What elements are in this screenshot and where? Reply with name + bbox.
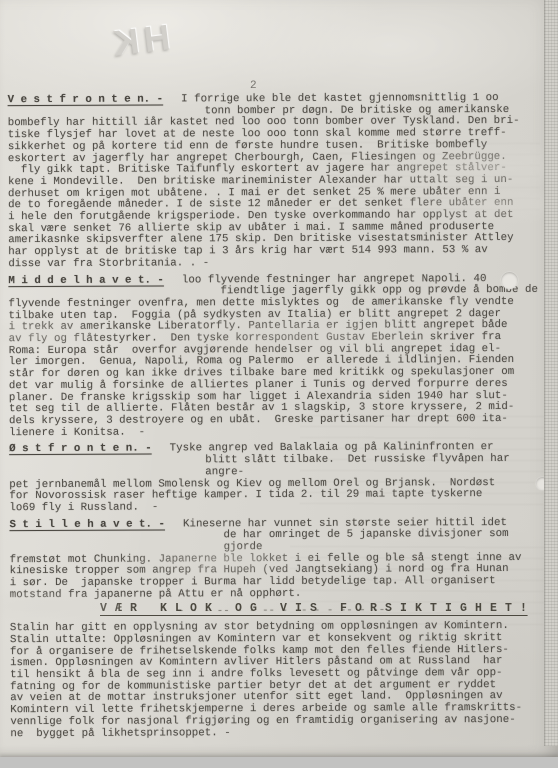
text-line: vennlige folk for nasjonal frigjøring og… xyxy=(10,715,541,729)
text-line: dels kryssere, 3 destroyere og en ubåt. … xyxy=(9,414,540,428)
footer-slogan: V Æ R K L O K O G V I S F O R S I K T I … xyxy=(100,602,528,615)
section-ostfronten: Ø s t f r o n t e n. -Tyske angrep ved B… xyxy=(9,442,540,515)
text-line: lienere i Konitsa. - xyxy=(9,426,540,440)
section-second-line: de har omringet de 5 japanske divisjoner… xyxy=(223,529,540,554)
section-vestfronten: V e s t f r o n t e n. -I forrige uke bl… xyxy=(8,93,540,271)
page-edge-texture xyxy=(544,0,558,746)
section-heading: V e s t f r o n t e n. - xyxy=(8,93,164,106)
text-line: disse var fra Storbritania. . - xyxy=(8,257,539,271)
section-heading: M i d d e l h a v e t. - xyxy=(8,274,164,287)
section-stillehavet: S t i l l e h a v e t. -Kineserne har vu… xyxy=(9,517,540,601)
paper-sheet: HK 2 V e s t f r o n t e n. -I forrige u… xyxy=(0,0,558,757)
section-heading: Ø s t f r o n t e n. - xyxy=(9,443,152,456)
hk-embossed-watermark: HK xyxy=(106,16,173,65)
scanned-document-page: { "page": { "page_number": "2", "waterma… xyxy=(0,0,558,768)
section-middelhavet: M i d d e l h a v e t. -loo flyvende fes… xyxy=(8,273,540,439)
hole-punch-spot xyxy=(501,272,518,289)
section-heading: S t i l l e h a v e t. - xyxy=(9,518,165,531)
text-line: motstand fra japanerne på Attu er nå opp… xyxy=(10,588,541,602)
scanner-background-edge xyxy=(0,757,558,768)
section-komintern: Stalin har gitt en opplysning av stor be… xyxy=(10,621,542,740)
text-line: ne bygget på likhetsprinsoppet. - xyxy=(10,726,541,740)
page-number: 2 xyxy=(250,80,257,92)
document-body: V e s t f r o n t e n. -I forrige uke bl… xyxy=(8,93,542,746)
text-line: lo69 fly i Russland. - xyxy=(9,501,540,515)
section-second-line: blitt slått tilbake. Det russiske flyvåp… xyxy=(205,454,540,479)
